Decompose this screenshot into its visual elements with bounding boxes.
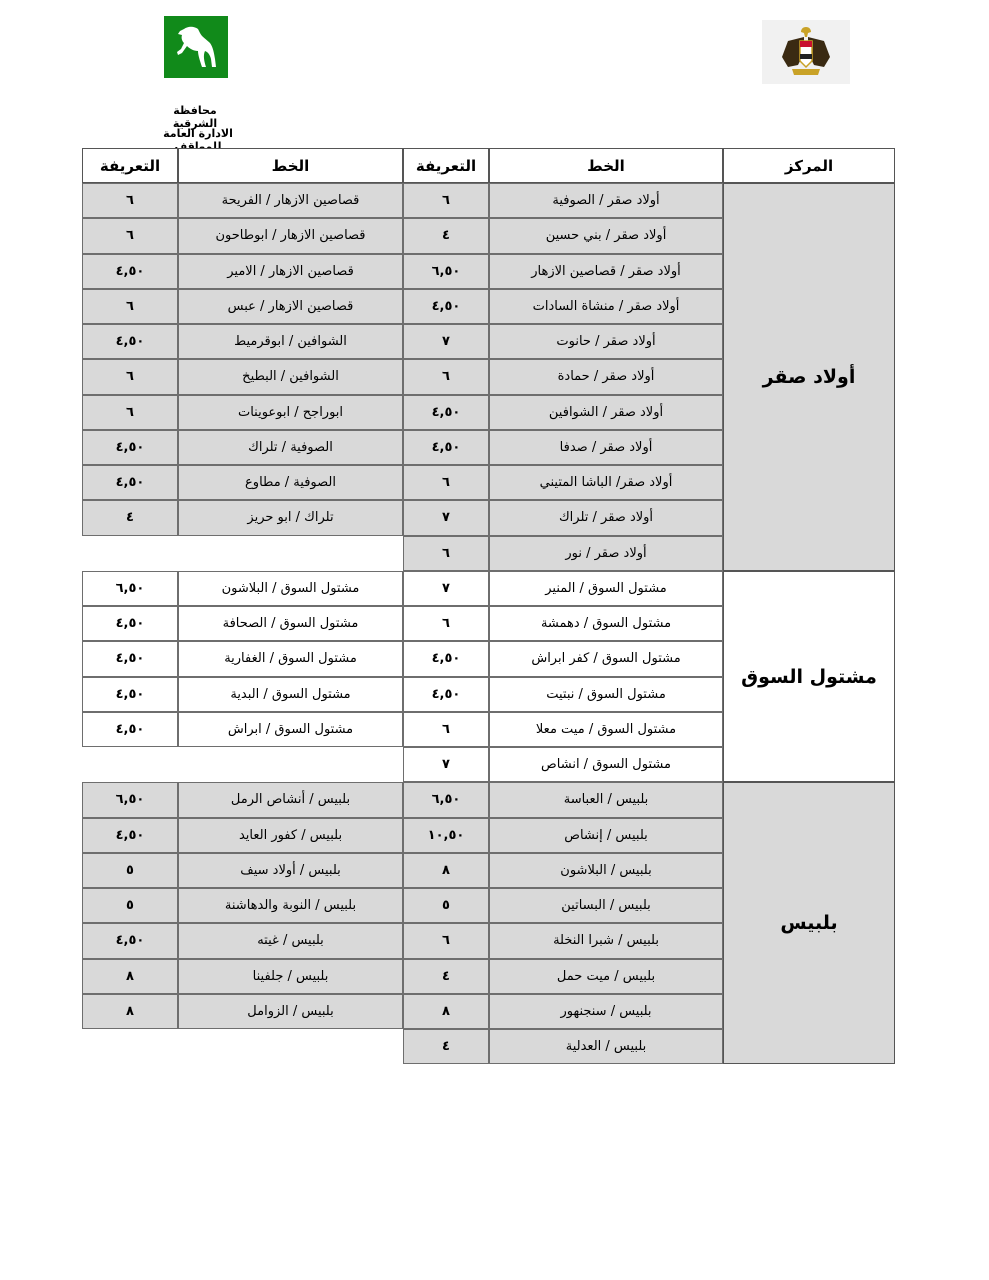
table-row: أولاد صقر / الشوافين٤,٥٠ابوراجح / ابوعوي… [82, 395, 895, 430]
line-name: أولاد صقر / حانوت [489, 324, 723, 359]
fare-value: ٥ [403, 888, 489, 923]
fare-value: ٦,٥٠ [403, 782, 489, 817]
line-name: مشتول السوق / كفر ابراش [489, 641, 723, 676]
line-name: بلبيس / الزوامل [178, 994, 403, 1029]
column-header: الخط [178, 148, 403, 183]
fare-value: ٥ [82, 853, 178, 888]
horse-icon [170, 21, 222, 73]
table-row: أولاد صقر / حمادة٦الشوافين / البطيخ٦ [82, 359, 895, 394]
line-name: بلبيس / النوبة والدهاشنة [178, 888, 403, 923]
fare-value: ٤,٥٠ [82, 712, 178, 747]
line-name: الشوافين / البطيخ [178, 359, 403, 394]
fare-value: ٦ [403, 183, 489, 218]
fare-value: ٤,٥٠ [403, 430, 489, 465]
fare-value: ٦ [403, 536, 489, 571]
fare-value: ٤ [403, 959, 489, 994]
line-name: مشتول السوق / البدية [178, 677, 403, 712]
table-row: بلبيس / البساتين٥بلبيس / النوبة والدهاشن… [82, 888, 895, 923]
line-name: أولاد صقر / حمادة [489, 359, 723, 394]
table-row: أولاد صقر / قصاصين الازهار٦,٥٠قصاصين الا… [82, 254, 895, 289]
fare-value: ١٠,٥٠ [403, 818, 489, 853]
fare-value: ٦ [82, 359, 178, 394]
fare-value: ٤,٥٠ [82, 641, 178, 676]
fare-value: ٤,٥٠ [82, 923, 178, 958]
table-row: مشتول السوق / انشاص٧ [82, 747, 895, 782]
line-name: مشتول السوق / ميت معلا [489, 712, 723, 747]
line-name: قصاصين الازهار / الامير [178, 254, 403, 289]
line-name: بلبيس / أنشاص الرمل [178, 782, 403, 817]
fare-value: ٦ [82, 183, 178, 218]
line-name: تلراك / ابو حريز [178, 500, 403, 535]
fare-value: ٦ [403, 465, 489, 500]
sharqia-horse-logo [164, 16, 228, 78]
fare-value: ٤,٥٠ [82, 677, 178, 712]
fare-value: ٤,٥٠ [403, 641, 489, 676]
fare-value: ٤ [82, 500, 178, 535]
egypt-eagle-emblem [762, 20, 850, 84]
fare-value: ٦ [403, 606, 489, 641]
table-row: مشتول السوق / نبتيت٤,٥٠مشتول السوق / الب… [82, 677, 895, 712]
table-row: أولاد صقر / صدفا٤,٥٠الصوفية / تلراك٤,٥٠ [82, 430, 895, 465]
line-name: الصوفية / تلراك [178, 430, 403, 465]
line-name: أولاد صقر / صدفا [489, 430, 723, 465]
fare-value: ٦ [403, 359, 489, 394]
fare-value: ٤,٥٠ [82, 606, 178, 641]
table-row: أولاد صقر / نور٦ [82, 536, 895, 571]
table-row: مشتول السوق / المنير٧مشتول السوق / البلا… [82, 571, 895, 606]
line-name: بلبيس / العدلية [489, 1029, 723, 1064]
fare-value: ٦,٥٠ [82, 782, 178, 817]
line-name: أولاد صقر/ الباشا المتيني [489, 465, 723, 500]
line-name: ابوراجح / ابوعوينات [178, 395, 403, 430]
table-row: بلبيس / شبرا النخلة٦بلبيس / غيته٤,٥٠ [82, 923, 895, 958]
line-name: الصوفية / مطاوع [178, 465, 403, 500]
fare-value: ٧ [403, 747, 489, 782]
line-name: أولاد صقر / منشاة السادات [489, 289, 723, 324]
line-name: مشتول السوق / الصحافة [178, 606, 403, 641]
line-name: بلبيس / ميت حمل [489, 959, 723, 994]
column-header: المركز [723, 148, 895, 183]
table-row: أولاد صقر / الصوفية٦قصاصين الازهار / الف… [82, 183, 895, 218]
column-header: الخط [489, 148, 723, 183]
fare-value: ٤,٥٠ [403, 395, 489, 430]
line-name: مشتول السوق / ابراش [178, 712, 403, 747]
table-row: مشتول السوق / كفر ابراش٤,٥٠مشتول السوق /… [82, 641, 895, 676]
table-row: مشتول السوق / ميت معلا٦مشتول السوق / ابر… [82, 712, 895, 747]
table-row: أولاد صقر / منشاة السادات٤,٥٠قصاصين الاز… [82, 289, 895, 324]
table-row: بلبيس / سنجنهور٨بلبيس / الزوامل٨ [82, 994, 895, 1029]
fare-value: ٤,٥٠ [82, 430, 178, 465]
line-name: قصاصين الازهار / عبس [178, 289, 403, 324]
fare-value: ٤,٥٠ [82, 465, 178, 500]
table-row: بلبيس / العباسة٦,٥٠بلبيس / أنشاص الرمل٦,… [82, 782, 895, 817]
fare-value: ٤,٥٠ [82, 254, 178, 289]
fare-value: ٨ [82, 994, 178, 1029]
fare-value: ٥ [82, 888, 178, 923]
line-name: مشتول السوق / الغفارية [178, 641, 403, 676]
table-row: أولاد صقر / حانوت٧الشوافين / ابوقرميط٤,٥… [82, 324, 895, 359]
line-name: مشتول السوق / نبتيت [489, 677, 723, 712]
line-name: بلبيس / شبرا النخلة [489, 923, 723, 958]
line-name: أولاد صقر / الشوافين [489, 395, 723, 430]
fare-value: ٦ [82, 289, 178, 324]
table-row: بلبيس / العدلية٤ [82, 1029, 895, 1064]
line-name: أولاد صقر / تلراك [489, 500, 723, 535]
line-name: مشتول السوق / انشاص [489, 747, 723, 782]
fare-value: ٦ [82, 395, 178, 430]
line-name: بلبيس / كفور العايد [178, 818, 403, 853]
table-header-row: المركزالخطالتعريفةالخطالتعريفة [82, 148, 895, 183]
line-name: قصاصين الازهار / الفريحة [178, 183, 403, 218]
line-name: أولاد صقر / الصوفية [489, 183, 723, 218]
fare-value: ٤,٥٠ [403, 677, 489, 712]
line-name: أولاد صقر / بني حسين [489, 218, 723, 253]
column-header: التعريفة [403, 148, 489, 183]
line-name: أولاد صقر / قصاصين الازهار [489, 254, 723, 289]
fare-value: ٧ [403, 571, 489, 606]
fare-value: ٧ [403, 500, 489, 535]
fare-value: ٦ [82, 218, 178, 253]
line-name: بلبيس / غيته [178, 923, 403, 958]
table-row: مشتول السوق / دهمشة٦مشتول السوق / الصحاف… [82, 606, 895, 641]
column-header: التعريفة [82, 148, 178, 183]
fare-value: ٨ [82, 959, 178, 994]
line-name: بلبيس / إنشاص [489, 818, 723, 853]
fare-value: ٤ [403, 218, 489, 253]
fare-value: ٤,٥٠ [82, 324, 178, 359]
line-name: مشتول السوق / البلاشون [178, 571, 403, 606]
line-name: بلبيس / سنجنهور [489, 994, 723, 1029]
eagle-icon [778, 23, 834, 81]
line-name: أولاد صقر / نور [489, 536, 723, 571]
line-name: بلبيس / جلفينا [178, 959, 403, 994]
table-row: بلبيس / البلاشون٨بلبيس / أولاد سيف٥ [82, 853, 895, 888]
fare-value: ٦,٥٠ [403, 254, 489, 289]
table-row: أولاد صقر/ الباشا المتيني٦الصوفية / مطاو… [82, 465, 895, 500]
fare-value: ٤,٥٠ [82, 818, 178, 853]
line-name: مشتول السوق / المنير [489, 571, 723, 606]
line-name: مشتول السوق / دهمشة [489, 606, 723, 641]
fare-value: ٤ [403, 1029, 489, 1064]
line-name: بلبيس / البلاشون [489, 853, 723, 888]
line-name: بلبيس / البساتين [489, 888, 723, 923]
table-row: بلبيس / إنشاص١٠,٥٠بلبيس / كفور العايد٤,٥… [82, 818, 895, 853]
line-name: بلبيس / أولاد سيف [178, 853, 403, 888]
line-name: الشوافين / ابوقرميط [178, 324, 403, 359]
fare-value: ٦,٥٠ [82, 571, 178, 606]
fare-value: ٦ [403, 923, 489, 958]
line-name: بلبيس / العباسة [489, 782, 723, 817]
line-name: قصاصين الازهار / ابوطاحون [178, 218, 403, 253]
table-row: أولاد صقر / تلراك٧تلراك / ابو حريز٤ [82, 500, 895, 535]
fare-value: ٨ [403, 994, 489, 1029]
fare-value: ٨ [403, 853, 489, 888]
table-row: بلبيس / ميت حمل٤بلبيس / جلفينا٨ [82, 959, 895, 994]
fare-value: ٧ [403, 324, 489, 359]
fare-value: ٦ [403, 712, 489, 747]
table-row: أولاد صقر / بني حسين٤قصاصين الازهار / اب… [82, 218, 895, 253]
fare-value: ٤,٥٠ [403, 289, 489, 324]
